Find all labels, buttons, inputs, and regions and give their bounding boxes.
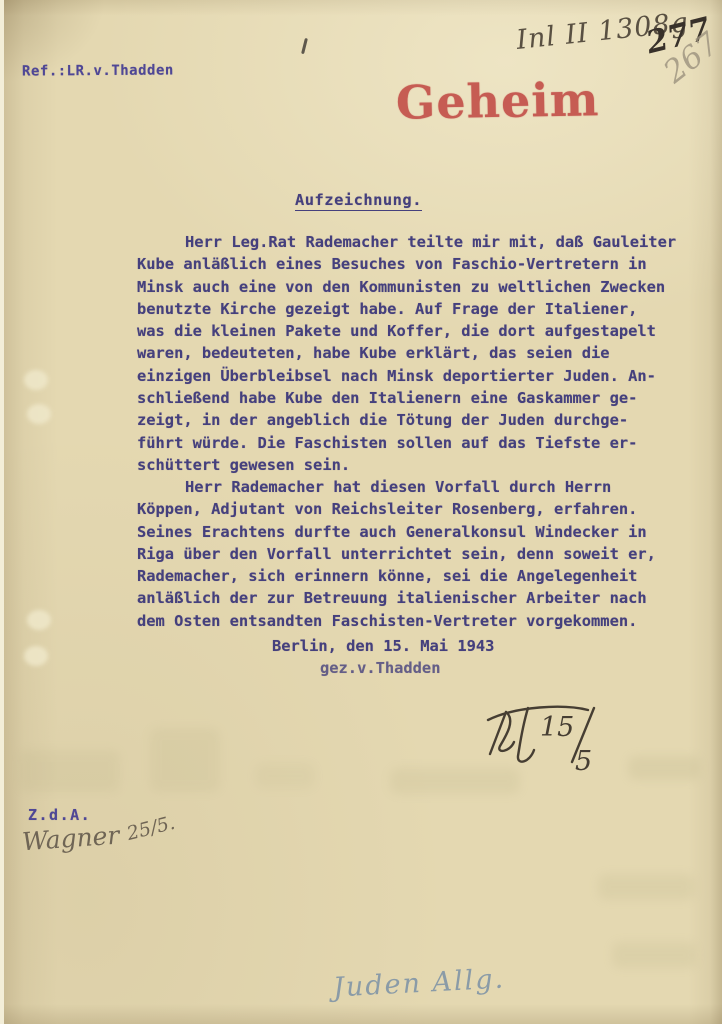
ink-bleedthrough	[150, 728, 220, 792]
typed-line: Kube anläßlich eines Besuches von Faschi…	[137, 255, 676, 277]
paragraph-1: Herr Leg.Rat Rademacher teilte mir mit, …	[137, 233, 676, 478]
typed-line: anläßlich der zur Betreuung italienische…	[137, 589, 656, 611]
typed-line: Minsk auch eine von den Kommunisten zu w…	[137, 278, 676, 300]
referent-stamp: Ref.:LR.v.Thadden	[22, 62, 174, 79]
typed-line: führt würde. Die Faschisten sollen auf d…	[137, 434, 676, 456]
ink-bleedthrough	[628, 756, 700, 780]
typed-line: schüttert gewesen sein.	[137, 456, 676, 478]
ink-bleedthrough	[20, 750, 120, 792]
ink-bleedthrough	[612, 942, 696, 968]
typed-line: Köppen, Adjutant von Reichsleiter Rosenb…	[137, 500, 656, 522]
filing-category-note: Juden Allg.	[332, 964, 505, 1004]
paper-spot	[24, 370, 48, 390]
zda-filing-stamp: Z.d.A.	[28, 806, 91, 824]
paper-left-edge	[0, 0, 4, 1024]
typed-line: dem Osten entsandten Faschisten-Vertrete…	[137, 612, 656, 634]
paraph-date-denominator: 5	[575, 746, 592, 777]
typed-line: waren, bedeuteten, habe Kube erklärt, da…	[137, 344, 676, 366]
paraph-date-numerator: 15	[540, 712, 574, 743]
handwritten-paraph: 15 5	[476, 696, 611, 778]
typed-line: was die kleinen Pakete und Koffer, die d…	[137, 322, 676, 344]
paper-spot	[27, 404, 51, 424]
typed-line: Rademacher, sich erinnern könne, sei die…	[137, 567, 656, 589]
handler-name: Wagner	[21, 821, 120, 857]
typed-line: zeigt, in der angeblich die Tötung der J…	[137, 411, 676, 433]
paper-spot	[24, 646, 48, 666]
signature-typed: gez.v.Thadden	[320, 659, 440, 677]
typed-line: benutzte Kirche gezeigt habe. Auf Frage …	[137, 300, 676, 322]
ink-bleedthrough	[598, 874, 694, 900]
ink-bleedthrough	[255, 763, 315, 789]
typed-line: Herr Rademacher hat diesen Vorfall durch…	[137, 478, 656, 500]
typed-line: einzigen Überbleibsel nach Minsk deporti…	[137, 367, 676, 389]
paragraph-2: Herr Rademacher hat diesen Vorfall durch…	[137, 478, 656, 634]
typed-line: Riga über den Vorfall unterrichtet sein,…	[137, 545, 656, 567]
paper-spot	[27, 610, 51, 630]
typed-line: Herr Leg.Rat Rademacher teilte mir mit, …	[137, 233, 676, 255]
memo-page: Ref.:LR.v.Thadden Inl II 1308g 277 267 G…	[0, 0, 722, 1024]
dateline: Berlin, den 15. Mai 1943	[272, 637, 494, 655]
memo-heading: Aufzeichnung.	[295, 191, 422, 211]
secret-classification-stamp: Geheim	[396, 72, 600, 130]
typed-line: Seines Erachtens durfte auch Generalkons…	[137, 523, 656, 545]
pen-tick-mark	[301, 38, 307, 54]
typed-line: schließend habe Kube den Italienern eine…	[137, 389, 676, 411]
handler-date: 25/5.	[125, 812, 178, 845]
